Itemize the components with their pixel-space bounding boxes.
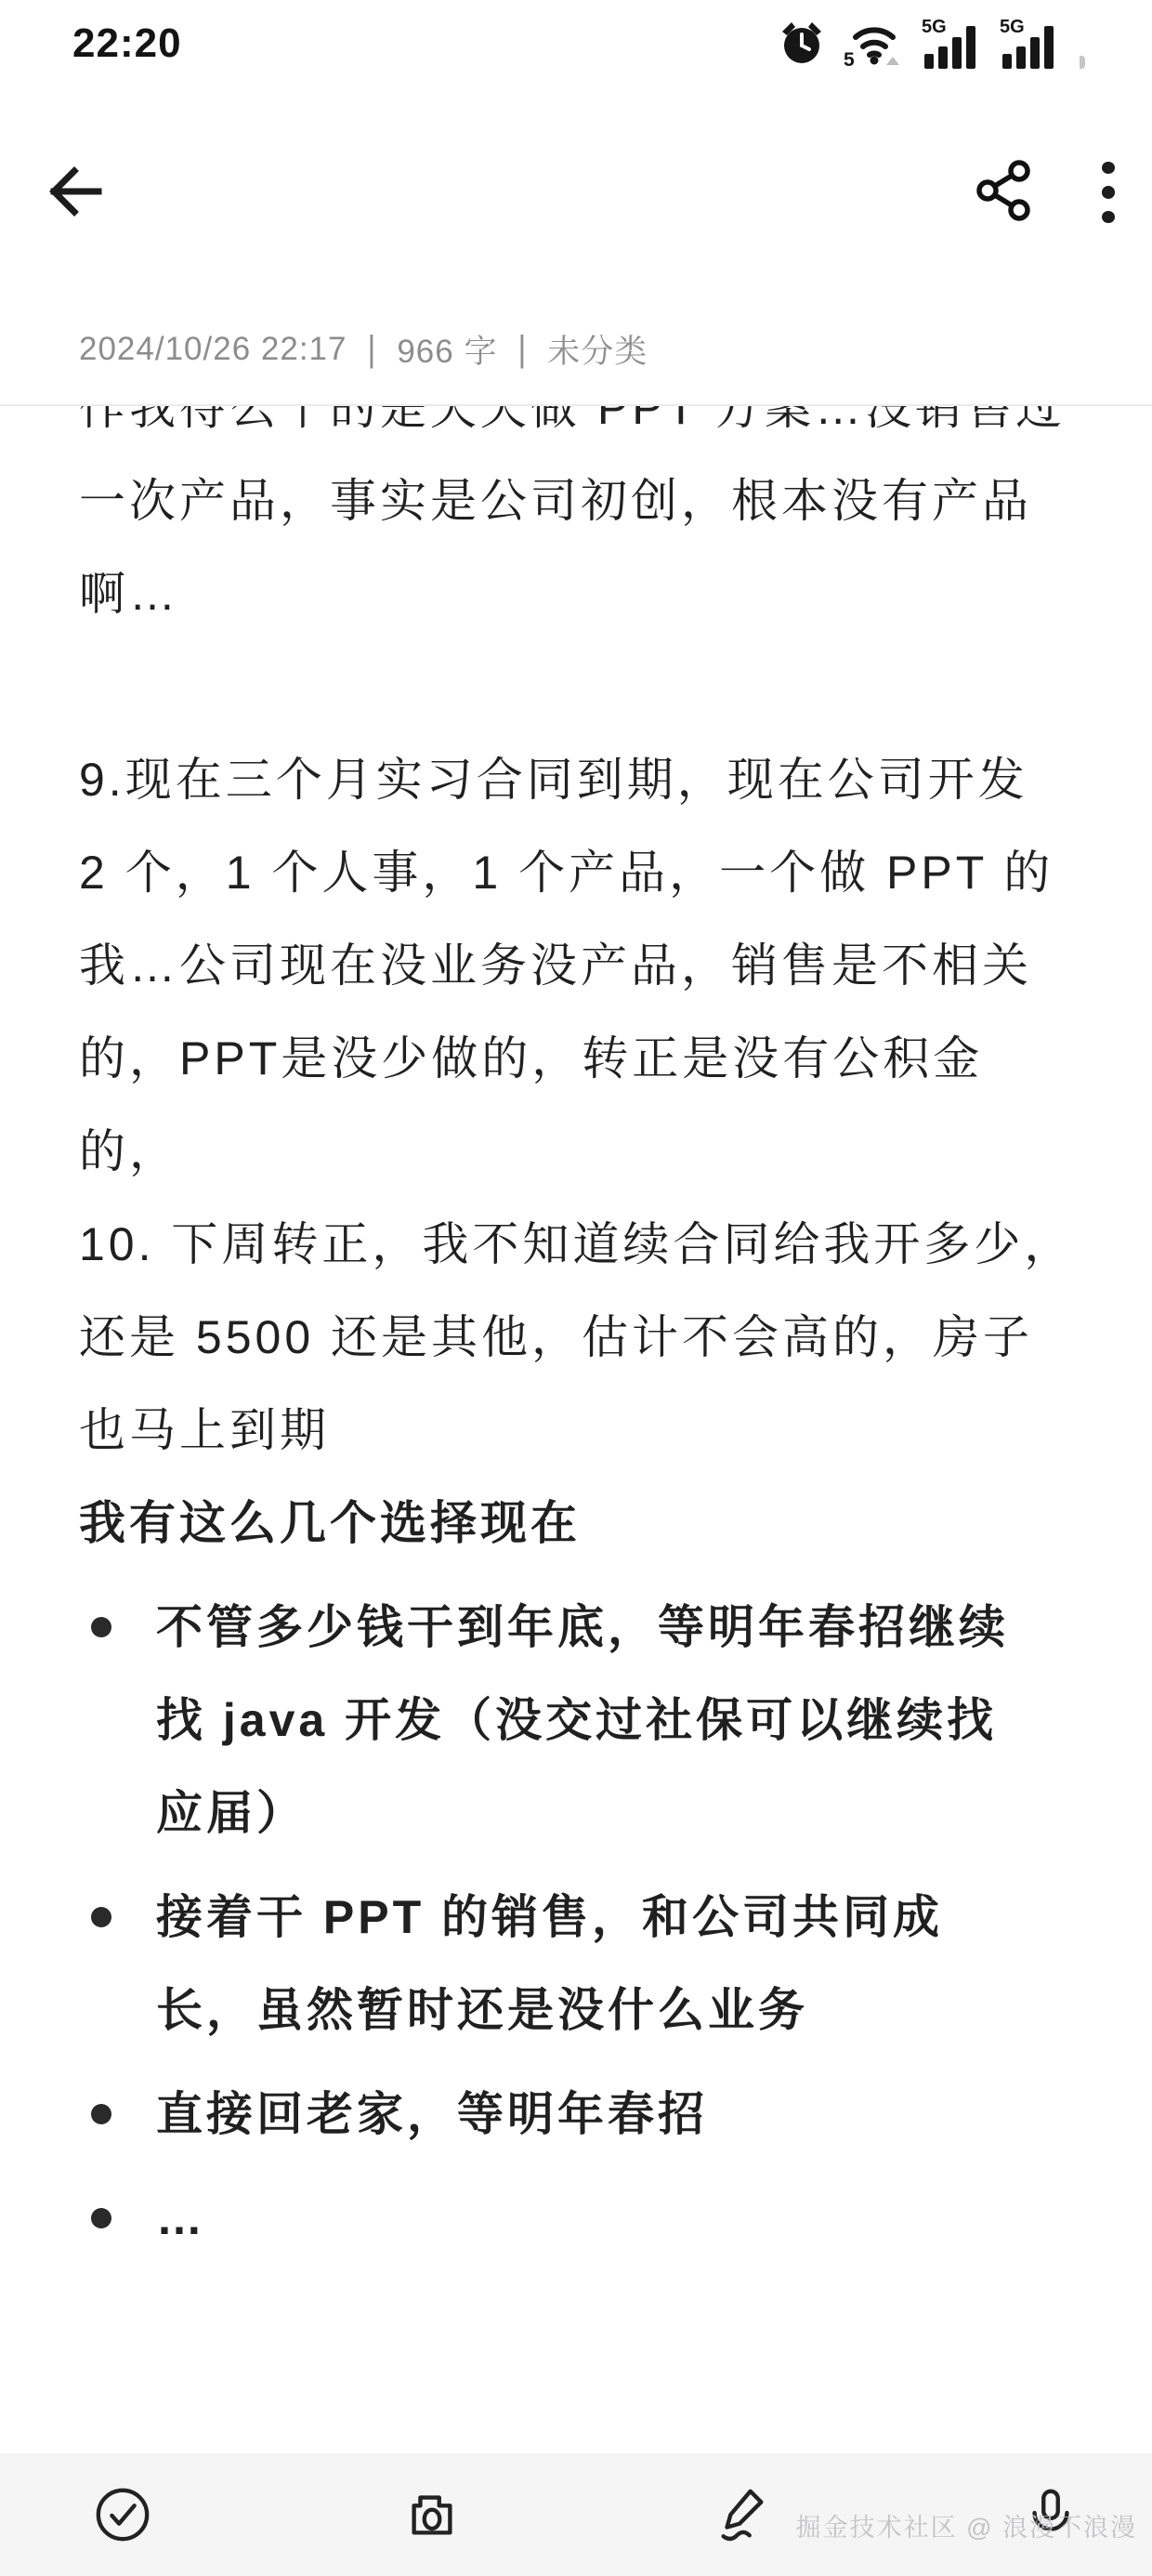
note-category[interactable]: 未分类 (547, 326, 648, 373)
camera-icon (403, 2486, 461, 2543)
note-line: 一次产品，事实是公司初创，根本没有产品 (79, 454, 1101, 547)
alarm-clock-icon (780, 20, 823, 65)
note-line: 10. 下周转正，我不知道续合同给我开多少， (79, 1198, 1101, 1291)
handwriting-button[interactable] (711, 2484, 772, 2545)
note-content[interactable]: 作我待么干的是天天做 PPT 方案…没销售过一次产品，事实是公司初创，根本没有产… (0, 406, 1152, 2453)
bullet-dot-icon (91, 2208, 111, 2228)
svg-text:5: 5 (844, 49, 855, 67)
bullet-item: 直接回老家，等明年春招 (79, 2068, 1101, 2161)
note-line: 接着干 PPT 的销售，和公司共同成 (156, 1871, 1101, 1964)
note-line: 还是 5500 还是其他，估计不会高的，房子 (79, 1291, 1101, 1384)
note-line: 9.现在三个月实习合同到期，现在公司开发 (79, 733, 1101, 826)
meta-separator: | (517, 329, 527, 371)
note-line: 应届） (156, 1767, 1101, 1860)
pen-icon (713, 2486, 770, 2543)
cellular-signal-icon-1: 5G (922, 17, 979, 69)
note-line: 直接回老家，等明年春招 (156, 2068, 1101, 2161)
bullet-item: … (79, 2172, 1101, 2265)
note-line: 也马上到期 (79, 1384, 1101, 1477)
watermark-text: 掘金技术社区 @ 浪漫不浪漫 (796, 2507, 1137, 2543)
note-line: 的， (79, 1105, 1101, 1198)
note-line (79, 640, 1101, 733)
check-circle-icon (94, 2486, 151, 2543)
note-line: 2 个，1 个人事，1 个产品，一个做 PPT 的 (79, 826, 1101, 919)
meta-separator: | (367, 329, 376, 371)
note-line: 找 java 开发（没交过社保可以继续找 (156, 1674, 1101, 1767)
back-arrow-icon[interactable] (46, 162, 106, 221)
kebab-menu-icon[interactable] (1098, 162, 1119, 223)
bullet-item: 不管多少钱干到年底，等明年春招继续找 java 开发（没交过社保可以继续找应届） (79, 1581, 1101, 1860)
note-line: 作我待么干的是天天做 PPT 方案…没销售过 (79, 406, 1101, 454)
note-line: 啊… (79, 547, 1101, 640)
note-body: 作我待么干的是天天做 PPT 方案…没销售过一次产品，事实是公司初创，根本没有产… (0, 406, 1152, 2265)
note-line: 的，PPT是没少做的，转正是没有公积金 (79, 1012, 1101, 1105)
share-icon[interactable] (975, 160, 1033, 221)
note-line: 我…公司现在没业务没产品，销售是不相关 (79, 919, 1101, 1012)
notes-app-screen: 22:20 5 (0, 0, 1152, 2576)
note-meta: 2024/10/26 22:17 | 966 字 | 未分类 (79, 327, 648, 372)
note-line: … (156, 2172, 1101, 2265)
svg-text:5G: 5G (922, 17, 947, 37)
nav-bar (0, 149, 1152, 238)
status-time: 22:20 (72, 20, 182, 67)
todo-check-button[interactable] (92, 2484, 153, 2545)
note-line: 长，虽然暂时还是没什么业务 (156, 1964, 1101, 2057)
note-line: 我有这么几个选择现在 (79, 1477, 1101, 1570)
bullet-item: 接着干 PPT 的销售，和公司共同成长，虽然暂时还是没什么业务 (79, 1871, 1101, 2057)
status-icons: 5 5G 5G (780, 15, 1085, 71)
bullet-dot-icon (91, 2104, 111, 2124)
camera-button[interactable] (401, 2484, 463, 2545)
note-line: 不管多少钱干到年底，等明年春招继续 (156, 1581, 1101, 1674)
status-bar: 22:20 5 (0, 15, 1152, 71)
bullet-dot-icon (91, 1907, 111, 1927)
wifi-icon: 5 (844, 19, 901, 67)
svg-text:5G: 5G (1000, 17, 1025, 37)
note-word-count: 966 字 (397, 326, 497, 373)
note-datetime: 2024/10/26 22:17 (79, 331, 347, 368)
bullet-dot-icon (91, 1617, 111, 1637)
cellular-signal-icon-2: 5G (1000, 17, 1057, 69)
